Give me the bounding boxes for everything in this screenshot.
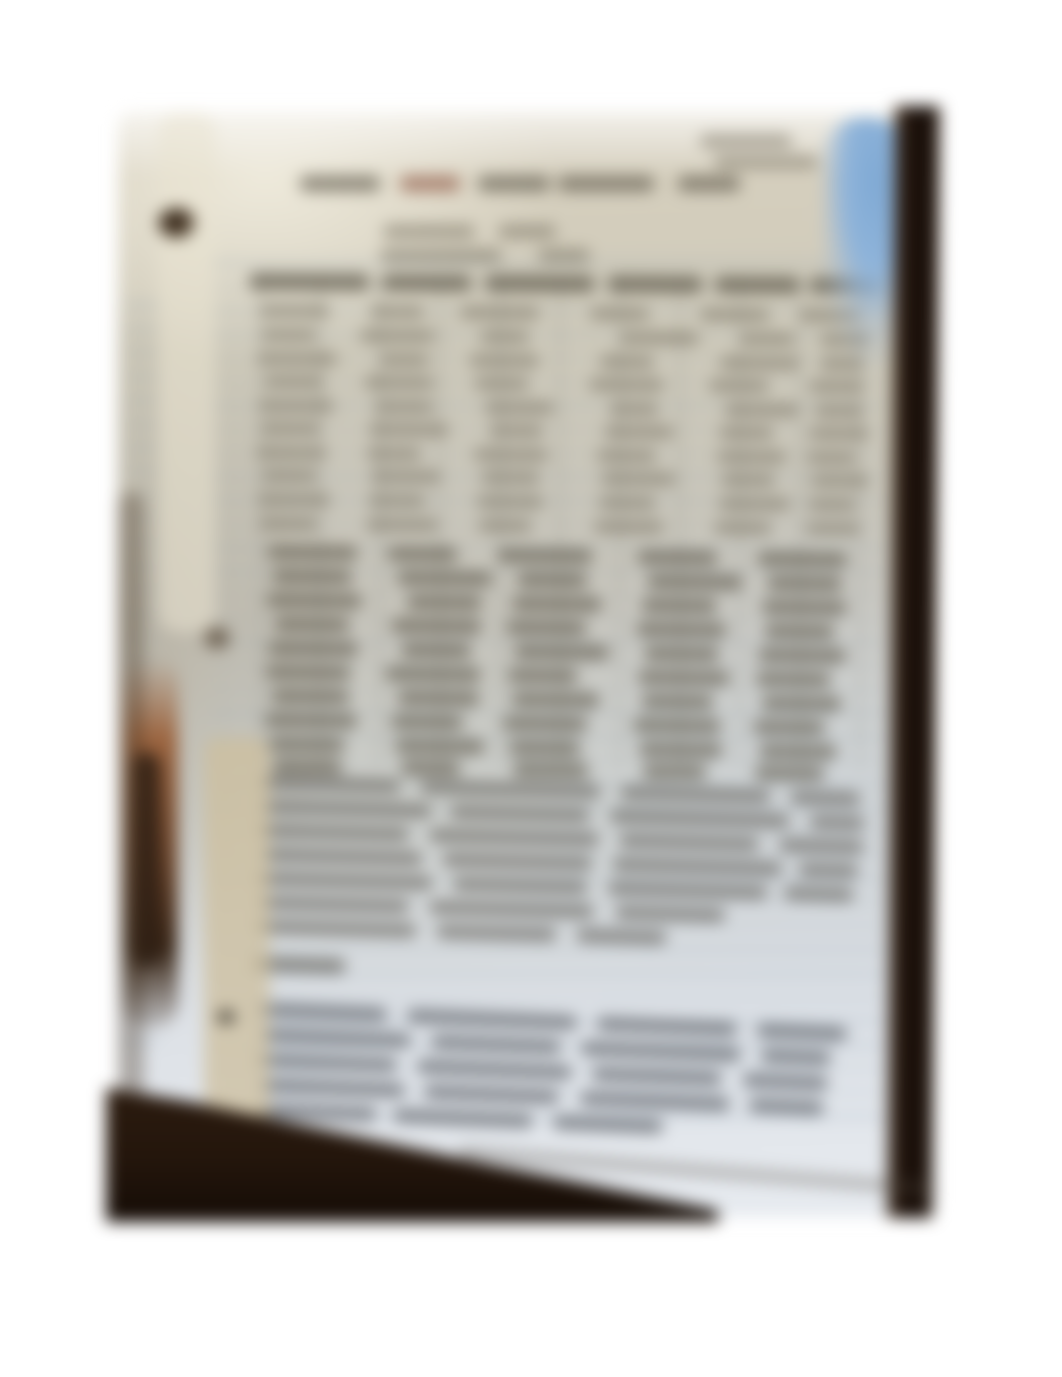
dark-wood-edge bbox=[884, 106, 940, 1218]
ink-stroke bbox=[581, 1042, 741, 1062]
ink-bullet-dot bbox=[217, 1010, 235, 1024]
ink-stroke bbox=[748, 1099, 823, 1115]
ink-stroke bbox=[257, 1103, 377, 1121]
ink-stroke bbox=[260, 1078, 405, 1097]
ink-stroke bbox=[424, 1085, 559, 1104]
ink-stroke bbox=[407, 1009, 577, 1029]
left-edge-shadow bbox=[118, 492, 144, 1112]
ink-stroke bbox=[592, 1067, 722, 1085]
ink-stroke bbox=[257, 1003, 387, 1021]
photo-canvas bbox=[0, 0, 1062, 1377]
ink-stroke bbox=[393, 1109, 533, 1128]
punch-hole-icon bbox=[158, 208, 196, 238]
blurred-notebook-photo bbox=[118, 112, 936, 1217]
ink-stroke bbox=[552, 1115, 662, 1133]
ink-stroke bbox=[580, 1092, 730, 1111]
ink-stroke bbox=[757, 1024, 847, 1041]
ink-stroke bbox=[261, 1028, 411, 1047]
ink-stroke bbox=[742, 1073, 827, 1090]
ink-stroke bbox=[417, 1060, 572, 1079]
ink-stroke bbox=[760, 1049, 830, 1065]
ink-stroke bbox=[597, 1017, 737, 1036]
ink-stroke bbox=[257, 1053, 397, 1072]
punch-hole-icon bbox=[203, 627, 231, 649]
ink-stroke bbox=[431, 1035, 561, 1053]
